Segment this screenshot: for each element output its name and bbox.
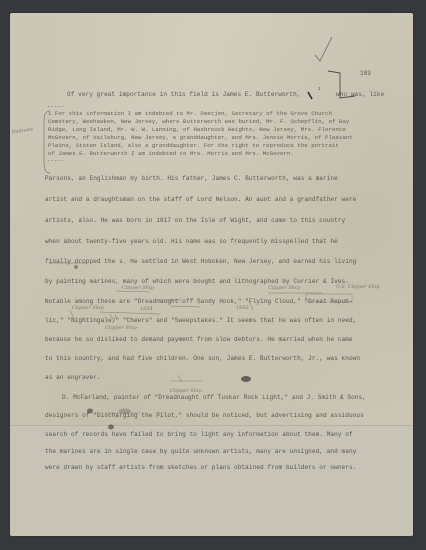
opening-line-tail: who was, like: [336, 92, 384, 98]
body-line-1: Parsons, an Englishman by birth. His fat…: [45, 176, 338, 182]
para2-line-1: D. McFarland, painter of "Dreadnaught of…: [62, 395, 366, 401]
para2-line-3: search of records have failed to bring t…: [45, 432, 353, 438]
body-line-2: artist and a draughtsman on the staff of…: [45, 197, 356, 203]
footnote-line-6: of James E. Butterworth I am indebted to…: [48, 151, 294, 157]
body-line-8: lic," "Nightingale," "Cheers" and "Sweep…: [45, 318, 356, 324]
para2-line-2: designers of "Discharging the Pilot," sh…: [45, 413, 364, 419]
footnote-line-5: Plains, Staten Island, also a granddaugh…: [48, 143, 339, 149]
body-line-4: when about twenty-five years old. His na…: [45, 239, 338, 245]
footnote-end-rule: -----: [47, 158, 64, 164]
body-line-6: by painting marines, many of which were …: [45, 279, 349, 285]
body-line-9: because he so disliked to demand payment…: [45, 337, 353, 343]
annotation-pencil-note-1: U.S. Clipper Ship: [336, 284, 380, 290]
opening-line: Of very great importance in this field i…: [67, 92, 301, 98]
para2-line-4: the marines are in single case by quite …: [45, 449, 356, 455]
annotation-year-1854: 1854: [140, 306, 153, 312]
body-line-5: finally dropped the s. He settled in Wes…: [45, 259, 356, 265]
footnote-line-1: 1 For this information I am indebted to …: [48, 111, 332, 117]
annotation-clipper-ship-3: Clipper Ship: [72, 305, 104, 311]
viewer-frame: 103 Of very great importance in this fie…: [0, 0, 426, 550]
annotation-clipper-ship-1: Clipper Ship: [122, 285, 154, 291]
footnote-marker: 1: [318, 88, 321, 93]
document-page: 103 Of very great importance in this fie…: [10, 13, 413, 536]
footnote-rule: -----: [47, 104, 64, 110]
annotation-clipper-ship-4: Clipper Ship: [105, 325, 137, 331]
annotation-year-1853: 1853: [236, 305, 249, 311]
footnote-line-4: McGovern, of Vailsburg, New Jersey, a gr…: [48, 135, 353, 141]
body-line-11: as an engraver.: [45, 375, 101, 381]
annotation-clipper-ship-2: Clipper Ship: [268, 285, 300, 291]
body-line-3: artists, also. He was born in 1817 on th…: [45, 218, 345, 224]
footnote-line-3: Ridge, Long Island, Mr. W. W. Lanning, o…: [48, 127, 346, 133]
page-number: 103: [360, 71, 371, 77]
para2-line-5: were drawn by staff artists from sketche…: [45, 465, 356, 471]
footnote-line-2: Cemetery, Weehawken, New Jersey, where B…: [48, 119, 349, 125]
body-line-10: to this country, and had five children. …: [45, 356, 360, 362]
